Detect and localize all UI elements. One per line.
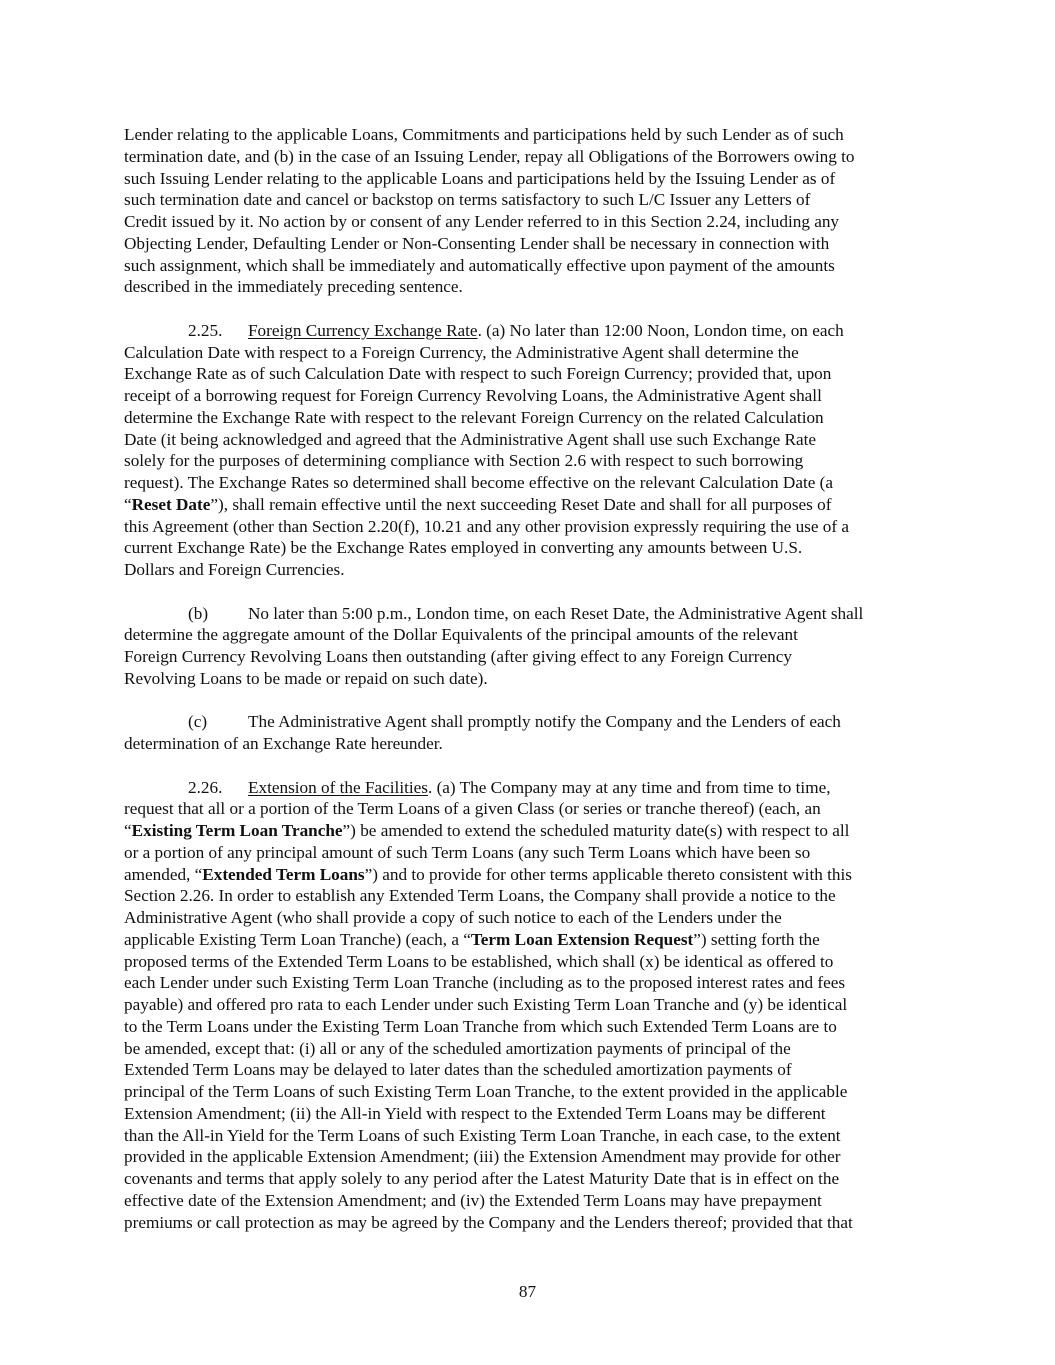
text-line: premiums or call protection as may be ag… — [124, 1212, 936, 1234]
section-heading: Foreign Currency Exchange Rate — [248, 321, 478, 340]
clause-label: (c) — [188, 711, 248, 733]
text-line: determination of an Exchange Rate hereun… — [124, 733, 936, 755]
text-line: than the All-in Yield for the Term Loans… — [124, 1125, 936, 1147]
section-2-25-b: (b)No later than 5:00 p.m., London time,… — [124, 603, 936, 690]
text-line: receipt of a borrowing request for Forei… — [124, 385, 936, 407]
section-heading: Extension of the Facilities — [248, 778, 428, 797]
section-number: 2.26. — [188, 777, 248, 799]
text-line: described in the immediately preceding s… — [124, 276, 936, 298]
section-number: 2.25. — [188, 320, 248, 342]
text-line: Section 2.26. In order to establish any … — [124, 885, 936, 907]
text-run: The Administrative Agent shall promptly … — [248, 712, 841, 731]
paragraph-gap — [124, 581, 936, 603]
text-line: Dollars and Foreign Currencies. — [124, 559, 936, 581]
text-line: termination date, and (b) in the case of… — [124, 146, 936, 168]
text-line: request that all or a portion of the Ter… — [124, 798, 936, 820]
text-line: Date (it being acknowledged and agreed t… — [124, 429, 936, 451]
text-line: proposed terms of the Extended Term Loan… — [124, 951, 936, 973]
text-line: Calculation Date with respect to a Forei… — [124, 342, 936, 364]
text-line: be amended, except that: (i) all or any … — [124, 1038, 936, 1060]
text-line: solely for the purposes of determining c… — [124, 450, 936, 472]
section-2-26: 2.26.Extension of the Facilities. (a) Th… — [124, 777, 936, 1234]
text-line: each Lender under such Existing Term Loa… — [124, 972, 936, 994]
text-line: this Agreement (other than Section 2.20(… — [124, 516, 936, 538]
text-line: Objecting Lender, Defaulting Lender or N… — [124, 233, 936, 255]
text-line: such assignment, which shall be immediat… — [124, 255, 936, 277]
text-line: provided in the applicable Extension Ame… — [124, 1146, 936, 1168]
paragraph-gap — [124, 298, 936, 320]
text-line: Extension Amendment; (ii) the All-in Yie… — [124, 1103, 936, 1125]
text-line: Extended Term Loans may be delayed to la… — [124, 1059, 936, 1081]
text-line: (b)No later than 5:00 p.m., London time,… — [124, 603, 936, 625]
page-number: 87 — [0, 1282, 1055, 1302]
section-heading-line: 2.26.Extension of the Facilities. (a) Th… — [124, 777, 936, 799]
text-line: amended, “Extended Term Loans”) and to p… — [124, 864, 936, 886]
text-line: Credit issued by it. No action by or con… — [124, 211, 936, 233]
text-line: request). The Exchange Rates so determin… — [124, 472, 936, 494]
text-run: applicable Existing Term Loan Tranche) (… — [124, 930, 471, 949]
text-line: (c)The Administrative Agent shall prompt… — [124, 711, 936, 733]
text-line: or a portion of any principal amount of … — [124, 842, 936, 864]
defined-term: Term Loan Extension Request — [471, 930, 693, 949]
text-line: effective date of the Extension Amendmen… — [124, 1190, 936, 1212]
text-line: covenants and terms that apply solely to… — [124, 1168, 936, 1190]
clause-label: (b) — [188, 603, 248, 625]
text-run: ”), shall remain effective until the nex… — [210, 495, 831, 514]
text-line: principal of the Term Loans of such Exis… — [124, 1081, 936, 1103]
defined-term: Reset Date — [132, 495, 211, 514]
text-line: such Issuing Lender relating to the appl… — [124, 168, 936, 190]
text-line: applicable Existing Term Loan Tranche) (… — [124, 929, 936, 951]
text-line: determine the aggregate amount of the Do… — [124, 624, 936, 646]
section-heading-line: 2.25.Foreign Currency Exchange Rate. (a)… — [124, 320, 936, 342]
text-line: Lender relating to the applicable Loans,… — [124, 124, 936, 146]
text-run: amended, “ — [124, 865, 202, 884]
text-run: ”) setting forth the — [693, 930, 819, 949]
document-page: Lender relating to the applicable Loans,… — [124, 124, 936, 1233]
text-run: . (a) No later than 12:00 Noon, London t… — [478, 321, 844, 340]
text-line: determine the Exchange Rate with respect… — [124, 407, 936, 429]
text-line: Foreign Currency Revolving Loans then ou… — [124, 646, 936, 668]
section-2-25-c: (c)The Administrative Agent shall prompt… — [124, 711, 936, 755]
text-run: No later than 5:00 p.m., London time, on… — [248, 604, 863, 623]
text-run: “ — [124, 821, 132, 840]
paragraph-gap — [124, 755, 936, 777]
section-2-25: 2.25.Foreign Currency Exchange Rate. (a)… — [124, 320, 936, 581]
text-line: “Existing Term Loan Tranche”) be amended… — [124, 820, 936, 842]
text-line: Administrative Agent (who shall provide … — [124, 907, 936, 929]
text-run: ”) and to provide for other terms applic… — [365, 865, 852, 884]
paragraph-gap — [124, 690, 936, 712]
text-line: to the Term Loans under the Existing Ter… — [124, 1016, 936, 1038]
continuation-paragraph: Lender relating to the applicable Loans,… — [124, 124, 936, 298]
defined-term: Existing Term Loan Tranche — [132, 821, 343, 840]
text-line: Exchange Rate as of such Calculation Dat… — [124, 363, 936, 385]
text-run: . (a) The Company may at any time and fr… — [428, 778, 831, 797]
text-line: payable) and offered pro rata to each Le… — [124, 994, 936, 1016]
text-line: “Reset Date”), shall remain effective un… — [124, 494, 936, 516]
text-line: current Exchange Rate) be the Exchange R… — [124, 537, 936, 559]
defined-term: Extended Term Loans — [202, 865, 364, 884]
text-run: ”) be amended to extend the scheduled ma… — [343, 821, 850, 840]
text-line: such termination date and cancel or back… — [124, 189, 936, 211]
text-run: “ — [124, 495, 132, 514]
text-line: Revolving Loans to be made or repaid on … — [124, 668, 936, 690]
